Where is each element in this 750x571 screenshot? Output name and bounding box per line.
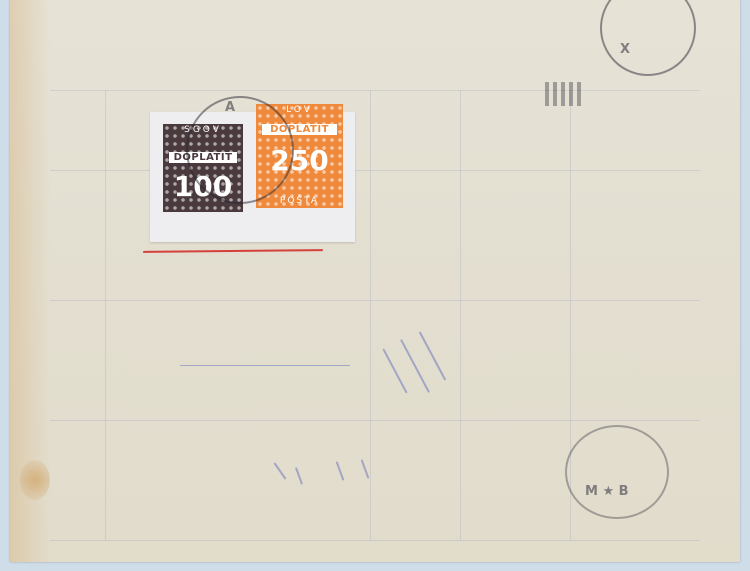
form-grid-line xyxy=(50,170,700,171)
postmark-text: M ★ B xyxy=(585,484,629,499)
form-grid-line xyxy=(50,420,700,421)
bottom-right-postmark xyxy=(565,425,669,519)
form-grid-line xyxy=(50,540,700,541)
pencil-line xyxy=(180,365,350,366)
postmark-text: X xyxy=(620,42,630,57)
form-grid-line xyxy=(50,300,700,301)
age-stain xyxy=(20,460,50,500)
form-grid-line xyxy=(460,90,461,540)
postmark-bars xyxy=(545,82,585,106)
form-grid-line xyxy=(370,90,371,540)
stamp-cancellation-postmark xyxy=(186,96,294,204)
postmark-text: A xyxy=(225,100,235,115)
form-grid-line xyxy=(50,90,700,91)
form-grid-line xyxy=(105,90,106,540)
stamp-bottom-text: POŠTA xyxy=(256,196,343,206)
